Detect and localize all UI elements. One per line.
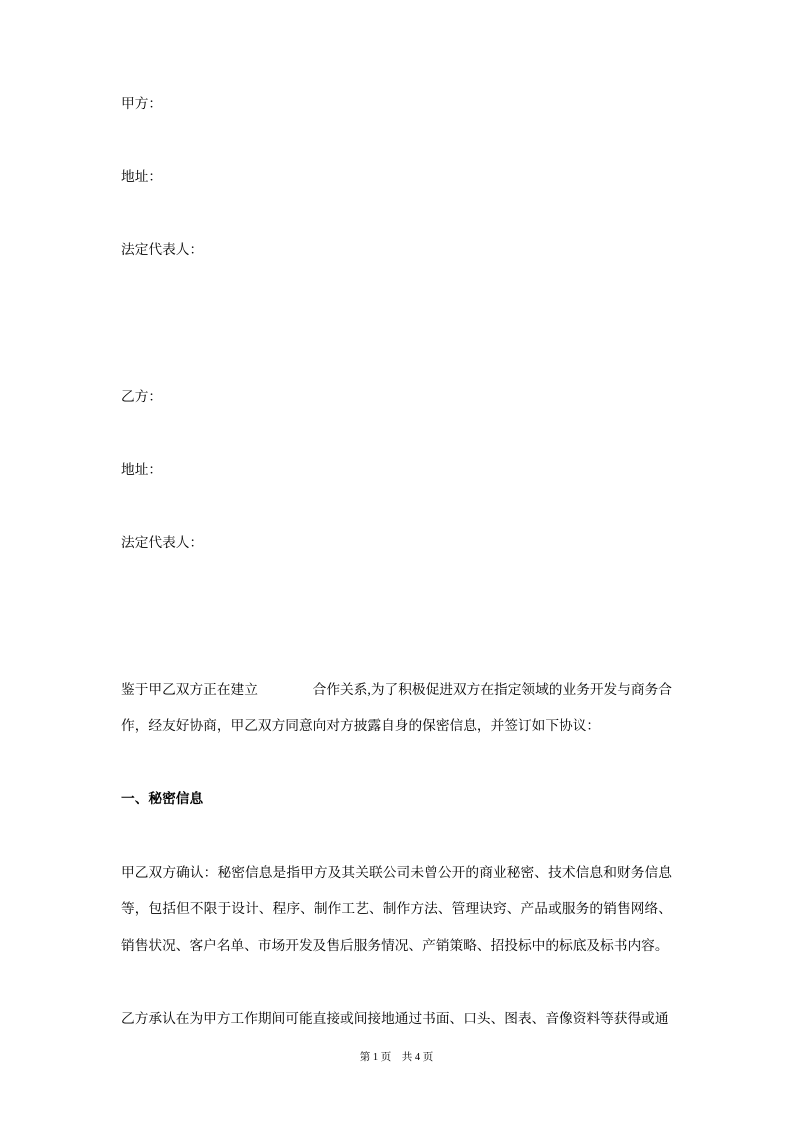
document-page: 甲方： 地址： 法定代表人： 乙方： 地址： 法定代表人： 鉴于甲乙双方正在建立… [0, 0, 793, 1122]
party-a-legal-rep-label: 法定代表人： [121, 232, 672, 269]
page-number-footer: 第 1 页 共 4 页 [0, 1051, 793, 1065]
party-b-legal-rep-label: 法定代表人： [121, 525, 672, 562]
party-a-name-label: 甲方： [121, 86, 672, 123]
party-b-name-label: 乙方： [121, 379, 672, 416]
document-body: 甲方： 地址： 法定代表人： 乙方： 地址： 法定代表人： 鉴于甲乙双方正在建立… [121, 86, 672, 1037]
party-a-address-label: 地址： [121, 159, 672, 196]
preamble-paragraph: 鉴于甲乙双方正在建立 合作关系,为了积极促进双方在指定领域的业务开发与商务合作，… [121, 672, 672, 745]
section-1-heading: 一、秘密信息 [121, 781, 672, 818]
section-1-paragraph-2: 乙方承认在为甲方工作期间可能直接或间接地通过书面、口头、图表、音像资料等获得或通 [121, 1001, 672, 1038]
party-b-address-label: 地址： [121, 452, 672, 489]
section-1-paragraph-1: 甲乙双方确认：秘密信息是指甲方及其关联公司未曾公开的商业秘密、技术信息和财务信息… [121, 855, 672, 965]
